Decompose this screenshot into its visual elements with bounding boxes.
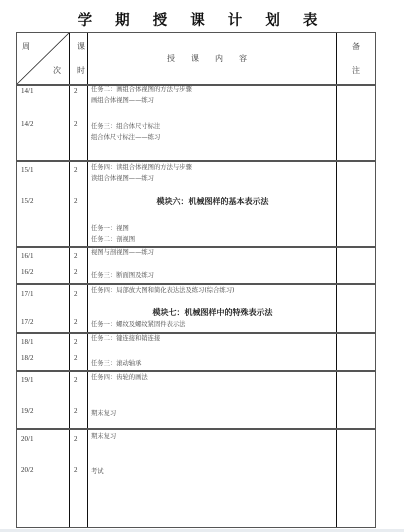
column-divider-hours — [87, 33, 88, 527]
content-line: 任务二：键连接和销连接 — [91, 333, 160, 344]
hours-cell: 2 — [74, 434, 78, 445]
content-line: 任务三：滚动轴承 — [91, 358, 141, 369]
hours-cell: 2 — [74, 165, 78, 176]
week-cell: 14/2 — [21, 119, 33, 130]
header-content: 授 课 内 容 — [167, 53, 251, 64]
hours-cell: 2 — [74, 375, 78, 386]
content-line: 期末复习 — [91, 431, 116, 442]
week-cell: 20/1 — [21, 434, 33, 445]
hours-cell: 2 — [74, 119, 78, 130]
content-line: 任务二：剖视图 — [91, 234, 135, 245]
row-border — [17, 370, 375, 372]
week-cell: 17/2 — [21, 317, 33, 328]
week-cell: 19/1 — [21, 375, 33, 386]
hours-cell: 2 — [74, 251, 78, 262]
content-line: 组合体尺寸标注——练习 — [91, 132, 160, 143]
hours-cell: 2 — [74, 317, 78, 328]
header-remarks-top: 备 — [352, 41, 360, 52]
content-line: 视图与剖视图——练习 — [91, 247, 154, 258]
hours-cell: 2 — [74, 267, 78, 278]
week-cell: 14/1 — [21, 86, 33, 97]
week-cell: 16/2 — [21, 267, 33, 278]
week-cell: 15/2 — [21, 196, 33, 207]
hours-cell: 2 — [74, 406, 78, 417]
content-line: 期末复习 — [91, 408, 116, 419]
content-line: 任务三：断面图及练习 — [91, 270, 154, 281]
header-week-top: 周 — [22, 41, 30, 52]
content-line: 任务四：局部放大图和简化表达法及练习(综合练习) — [91, 285, 234, 296]
row-border — [17, 332, 375, 334]
hours-cell: 2 — [74, 465, 78, 476]
hours-cell: 2 — [74, 353, 78, 364]
schedule-table: 周 次 课 时 授 课 内 容 备 注 14/1 2 任务二：画组合体视图的方法… — [16, 32, 376, 528]
row-border — [17, 246, 375, 248]
page-title: 学 期 授 课 计 划 表 — [0, 9, 404, 30]
hours-cell: 2 — [74, 289, 78, 300]
week-cell: 18/2 — [21, 353, 33, 364]
week-cell: 17/1 — [21, 289, 33, 300]
week-cell: 18/1 — [21, 337, 33, 348]
module-heading: 模块六：机械图样的基本表示法 — [88, 196, 337, 207]
week-cell: 16/1 — [21, 251, 33, 262]
content-line: 任务四：读组合体视图的方法与步骤 — [91, 162, 192, 173]
content-line: 任务四：齿轮的画法 — [91, 372, 148, 383]
header-bottom-border — [17, 84, 375, 86]
column-divider-week — [69, 33, 70, 527]
week-cell: 20/2 — [21, 465, 33, 476]
header-hours-bottom: 时 — [77, 65, 85, 76]
column-divider-remarks — [336, 33, 337, 527]
week-cell: 15/1 — [21, 165, 33, 176]
row-border — [17, 428, 375, 430]
content-line: 任务一：螺纹及螺纹紧固件表示法 — [91, 319, 185, 330]
week-cell: 19/2 — [21, 406, 33, 417]
content-line: 画组合体视图——练习 — [91, 95, 154, 106]
hours-cell: 2 — [74, 337, 78, 348]
content-line: 任务二：画组合体视图的方法与步骤 — [91, 84, 192, 95]
content-line: 读组合体视图——练习 — [91, 173, 154, 184]
hours-cell: 2 — [74, 196, 78, 207]
content-line: 任务三：组合体尺寸标注 — [91, 121, 160, 132]
header-week-bottom: 次 — [53, 65, 61, 76]
header-hours-top: 课 — [77, 41, 85, 52]
content-line: 考试 — [91, 466, 104, 477]
header-remarks-bottom: 注 — [352, 65, 360, 76]
module-heading: 模块七：机械图样中的特殊表示法 — [88, 307, 337, 318]
hours-cell: 2 — [74, 86, 78, 97]
content-line: 任务一：视图 — [91, 223, 129, 234]
row-border — [17, 160, 375, 162]
